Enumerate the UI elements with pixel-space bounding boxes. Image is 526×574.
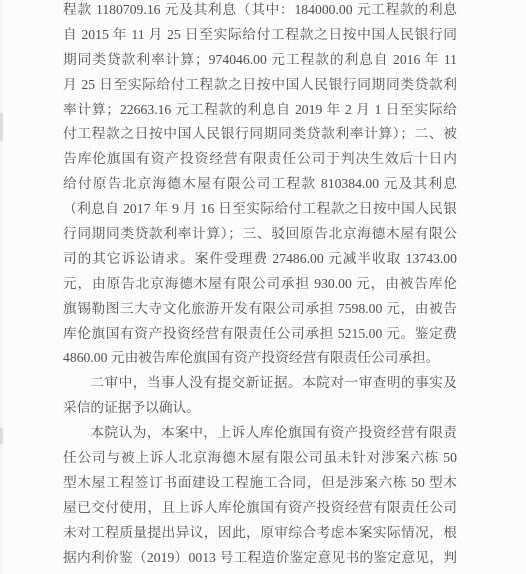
text-line: 期同类贷款利率计算；974046.00 元工程款的利息自 2016 年 11 bbox=[63, 48, 457, 73]
text-line: 本院认为，本案中，上诉人库伦旗国有资产投资经营有限责 bbox=[63, 421, 457, 446]
text-line: 二审中，当事人没有提交新证据。本院对一审查明的事实及 bbox=[63, 371, 457, 396]
text-line: 型木屋工程签订书面建设工程施工合同，但是涉案六栋 50 型木 bbox=[63, 471, 457, 496]
scan-artifact-mark bbox=[0, 113, 3, 141]
text-line: 屋已交付使用，且上诉人库伦旗国有资产投资经营有限责任公司 bbox=[63, 496, 457, 521]
text-line: 旗锡勒图三大寺文化旅游开发有限公司承担 7598.00 元，由被告 bbox=[63, 297, 457, 322]
judgment-text: 程款 1180709.16 元及其利息（其中：184000.00 元工程款的利息… bbox=[63, 0, 457, 570]
text-line: 自 2015 年 11 月 25 日至实际给付工程款之日按中国人民银行同 bbox=[63, 23, 457, 48]
text-line: 元，由原告北京海德木屋有限公司承担 930.00 元，由被告库伦 bbox=[63, 272, 457, 297]
text-line: 行同期同类贷款利率计算）；三、驳回原告北京海德木屋有限公 bbox=[63, 222, 457, 247]
text-line: 程款 1180709.16 元及其利息（其中：184000.00 元工程款的利息 bbox=[63, 0, 457, 23]
text-line: 采信的证据予以确认。 bbox=[63, 396, 457, 421]
text-line: 司的其它诉讼请求。案件受理费 27486.00 元减半收取 13743.00 bbox=[63, 247, 457, 272]
text-line: 月 25 日至实际给付工程款之日按中国人民银行同期同类贷款利 bbox=[63, 73, 457, 98]
text-line: 4860.00 元由被告库伦旗国有资产投资经营有限责任公司承担。 bbox=[63, 346, 457, 371]
text-line: 未对工程质量提出异议，因此，原审综合考虑本案实际情况，根 bbox=[63, 521, 457, 546]
text-line: 库伦旗国有资产投资经营有限责任公司承担 5215.00 元。鉴定费 bbox=[63, 322, 457, 347]
text-line: 任公司与被上诉人北京海德木屋有限公司虽未针对涉案六栋 50 bbox=[63, 446, 457, 471]
text-line: 给付原告北京海德木屋有限公司工程款 810384.00 元及其利息 bbox=[63, 172, 457, 197]
text-line: 告库伦旗国有资产投资经营有限责任公司于判决生效后十日内 bbox=[63, 147, 457, 172]
text-line: 付工程款之日按中国人民银行同期同类贷款利率计算）；二、被 bbox=[63, 122, 457, 147]
document-page: 程款 1180709.16 元及其利息（其中：184000.00 元工程款的利息… bbox=[0, 0, 526, 574]
scan-edge-shade bbox=[0, 0, 5, 574]
text-line: 据内利价鉴（2019）0013 号工程造价鉴定意见书的鉴定意见，判 bbox=[63, 546, 457, 571]
text-line: 率计算；22663.16 元工程款的利息自 2019 年 2 月 1 日至实际给 bbox=[63, 98, 457, 123]
scan-artifact-mark bbox=[0, 428, 3, 444]
text-line: （利息自 2017 年 9 月 16 日至实际给付工程款之日按中国人民银 bbox=[63, 197, 457, 222]
